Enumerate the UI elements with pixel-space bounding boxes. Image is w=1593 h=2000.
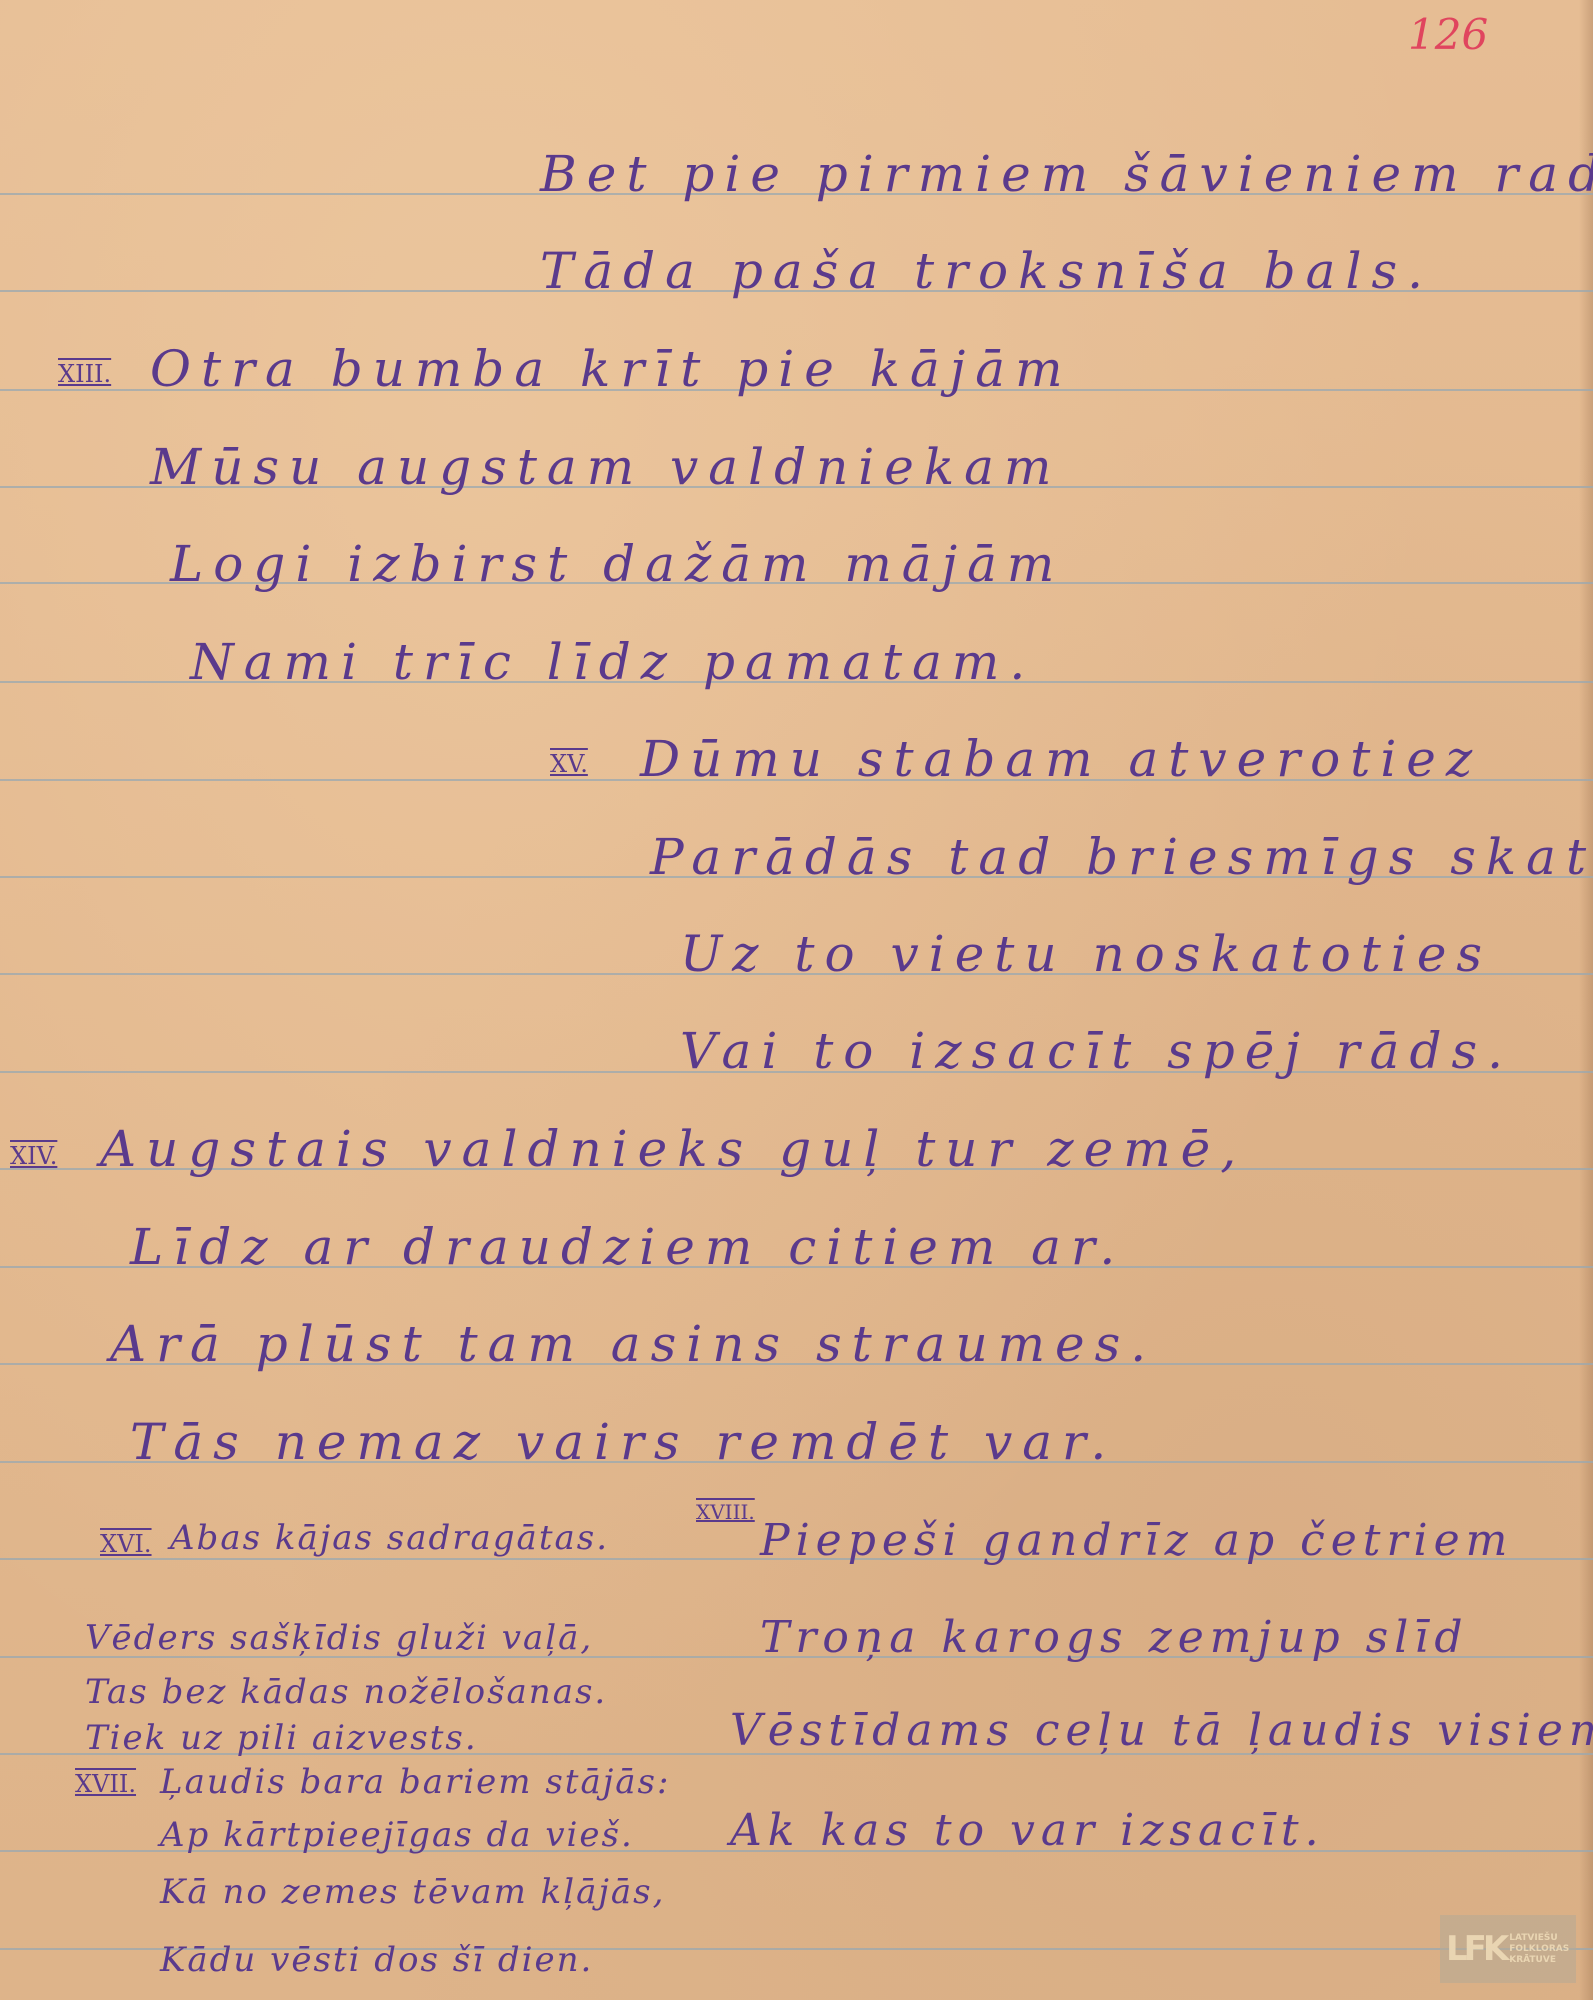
stanza-numeral: XV. <box>550 750 588 778</box>
verse-line: Otra bumba krīt pie kājām <box>150 340 1073 398</box>
archive-name: LATVIEŠU FOLKLORAS KRĀTUVE <box>1509 1933 1569 1966</box>
verse-line: Tās nemaz vairs remdēt var. <box>130 1413 1116 1471</box>
verse-line: Nami trīc līdz pamatam. <box>190 633 1035 691</box>
verse-line: Uz to vietu noskatoties <box>680 925 1492 983</box>
verse-line: Vēstīdams ceļu tā ļaudis visiem, <box>730 1705 1593 1756</box>
stanza-numeral: XVI. <box>100 1530 152 1558</box>
manuscript-page: 126 Bet pie pirmiem šāvieniem radās Tāda… <box>0 0 1593 2000</box>
archive-name-line: FOLKLORAS <box>1509 1944 1569 1955</box>
page-number: 126 <box>1408 10 1488 59</box>
verse-line: Troņa karogs zemjup slīd <box>760 1612 1469 1663</box>
stanza-numeral: XIV. <box>10 1142 57 1170</box>
verse-line: Vēders sašķīdis gluži vaļā, <box>85 1618 593 1658</box>
page-edge-shadow <box>1579 0 1593 2000</box>
verse-line: Vai to izsacīt spēj rāds. <box>680 1022 1513 1080</box>
verse-line: Ap kārtpieejīgas da vieš. <box>160 1815 634 1855</box>
verse-line: Parādās tad briesmīgs skats: <box>650 828 1593 886</box>
verse-line: Ak kas to var izsacīt. <box>730 1805 1325 1856</box>
verse-line: Ļaudis bara bariem stājās: <box>160 1762 670 1802</box>
verse-line: Arā plūst tam asins straumes. <box>110 1315 1156 1373</box>
archive-name-line: KRĀTUVE <box>1509 1955 1569 1966</box>
verse-line: Mūsu augstam valdniekam <box>150 438 1061 496</box>
verse-line: Piepeši gandrīz ap četriem <box>760 1515 1513 1566</box>
verse-line: Tāda paša troksnīša bals. <box>540 242 1433 300</box>
verse-line: Kādu vēsti dos šī dien. <box>160 1940 593 1980</box>
stanza-numeral: XVIII. <box>696 1500 755 1524</box>
verse-line: Augstais valdnieks guļ tur zemē, <box>100 1120 1246 1178</box>
verse-line: Tiek uz pili aizvests. <box>85 1718 478 1758</box>
verse-line: Bet pie pirmiem šāvieniem radās <box>540 145 1593 203</box>
verse-line: Kā no zemes tēvam kļājās, <box>160 1872 665 1912</box>
archive-watermark: LFK LATVIEŠU FOLKLORAS KRĀTUVE <box>1440 1915 1576 1983</box>
verse-line: Dūmu stabam atverotiez <box>640 730 1482 788</box>
stanza-numeral: XVII. <box>75 1770 136 1798</box>
verse-line: Tas bez kādas nožēlošanas. <box>85 1672 607 1712</box>
verse-line: Logi izbirst dažām mājām <box>170 535 1064 593</box>
verse-line: Abas kājas sadragātas. <box>170 1518 609 1558</box>
archive-logo-icon: LFK <box>1446 1929 1505 1969</box>
verse-line: Līdz ar draudziem citiem ar. <box>130 1218 1125 1276</box>
archive-name-line: LATVIEŠU <box>1509 1933 1569 1944</box>
stanza-numeral: XIII. <box>58 360 111 388</box>
